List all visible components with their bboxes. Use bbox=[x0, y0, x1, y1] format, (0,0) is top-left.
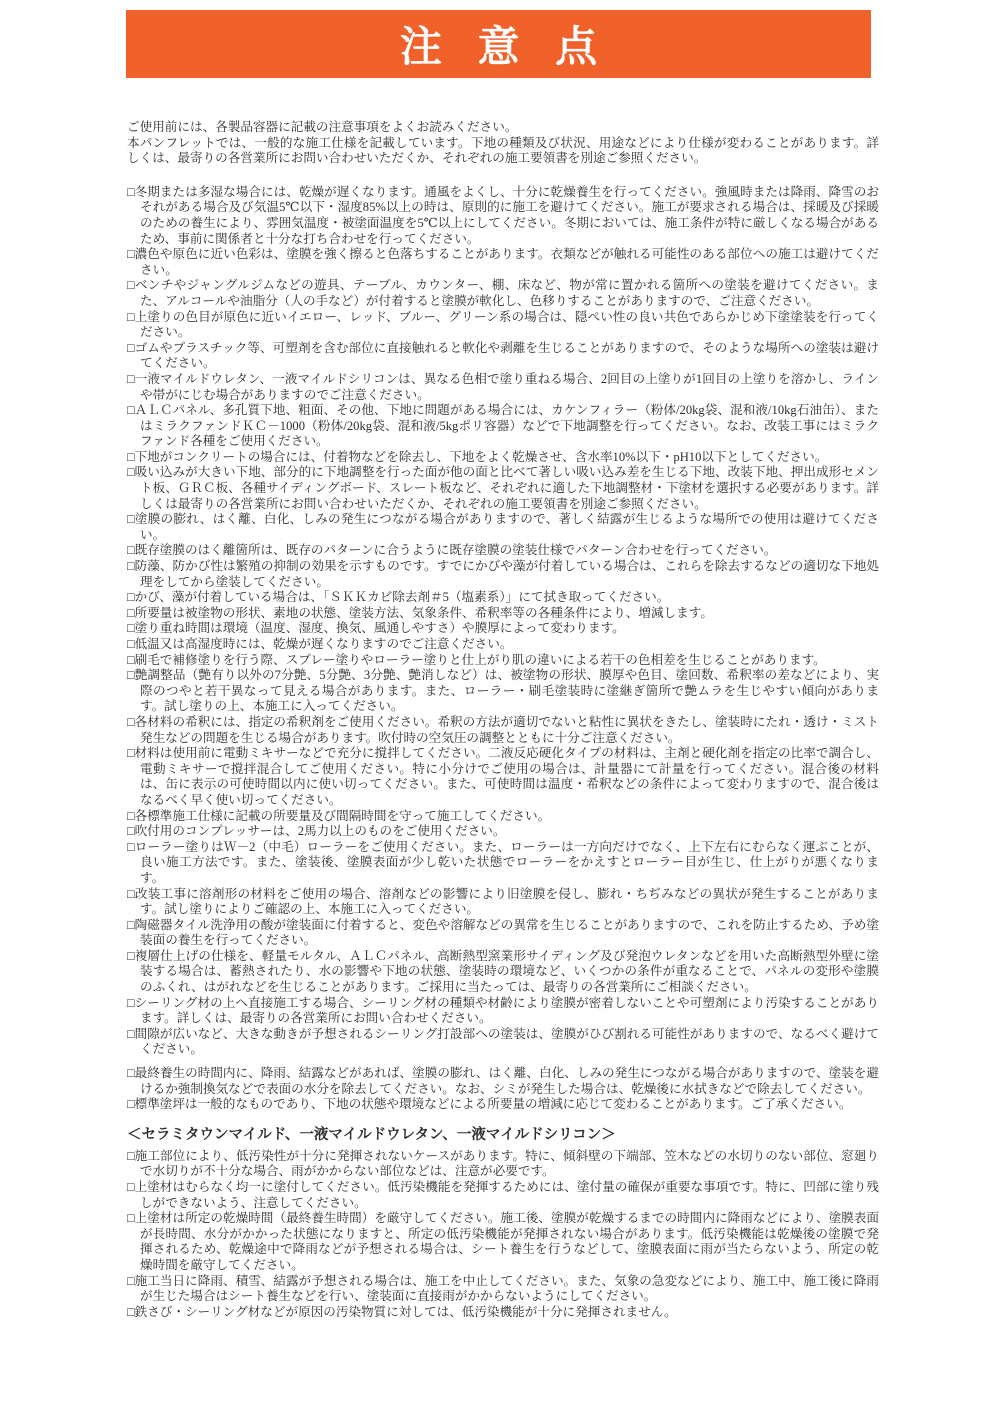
checkbox-bullet-icon: □ bbox=[127, 372, 135, 386]
caution-item-text: 低温又は高湿度時には、乾燥が遅くなりますのでご注意ください。 bbox=[135, 637, 513, 651]
caution-item: □材料は使用前に電動ミキサーなどで充分に撹拌してください。二液反応硬化タイプの材… bbox=[127, 746, 879, 808]
caution-item-text: 塗り重ね時間は環境（温度、湿度、換気、風通しやすさ）や膜厚によって変わります。 bbox=[135, 621, 625, 635]
caution-item: □吸い込みが大きい下地、部分的に下地調整を行った面が他の面と比べて著しい吸い込み… bbox=[127, 465, 879, 512]
checkbox-bullet-icon: □ bbox=[127, 637, 135, 651]
caution-item-text: 濃色や原色に近い色彩は、塗膜を強く擦ると色落ちすることがあります。衣類などが触れ… bbox=[135, 247, 879, 277]
caution-item-text: 各標準施工仕様に記載の所要量及び間隔時間を守って施工してください。 bbox=[135, 809, 551, 823]
checkbox-bullet-icon: □ bbox=[127, 247, 135, 261]
checkbox-bullet-icon: □ bbox=[127, 185, 135, 199]
caution-item: □塗膜の膨れ、はく離、白化、しみの発生につながる場合がありますので、著しく結露が… bbox=[127, 512, 879, 543]
section-heading: ＜セラミタウンマイルド、一液マイルドウレタン、一液マイルドシリコン＞ bbox=[127, 1125, 879, 1146]
checkbox-bullet-icon: □ bbox=[127, 653, 135, 667]
caution-item-text: 既存塗膜のはく離箇所は、既存のパターンに合うように既存塗膜の塗装仕様でパターン合… bbox=[135, 543, 777, 557]
caution-item-text: 材料は使用前に電動ミキサーなどで充分に撹拌してください。二液反応硬化タイプの材料… bbox=[135, 746, 879, 807]
caution-item-text: 冬期または多湿な場合には、乾燥が遅くなります。通風をよくし、十分に乾燥養生を行っ… bbox=[135, 185, 879, 246]
caution-item: □ＡＬＣパネル、多孔質下地、粗面、その他、下地に問題がある場合には、カケンフィラ… bbox=[127, 403, 879, 450]
caution-item: □下地がコンクリートの場合には、付着物などを除去し、下地をよく乾燥させ、含水率1… bbox=[127, 450, 879, 466]
caution-item: □各標準施工仕様に記載の所要量及び間隔時間を守って施工してください。 bbox=[127, 809, 879, 825]
caution-item: □艶調整品（艶有り以外の7分艶、5分艶、3分艶、艶消しなど）は、被塗物の形状、膜… bbox=[127, 668, 879, 715]
caution-item-text: 一液マイルドウレタン、一液マイルドシリコンは、異なる色相で塗り重ねる場合、2回目… bbox=[135, 372, 879, 402]
checkbox-bullet-icon: □ bbox=[127, 278, 135, 292]
caution-item-text: 吸い込みが大きい下地、部分的に下地調整を行った面が他の面と比べて著しい吸い込み差… bbox=[135, 465, 879, 510]
caution-item-text: ゴムやプラスチック等、可塑剤を含む部位に直接触れると軟化や剥離を生じることがあり… bbox=[135, 341, 879, 371]
caution-item-text: シーリング材の上へ直接施工する場合、シーリング材の種類や材齢により塗膜が密着しな… bbox=[135, 996, 879, 1026]
checkbox-bullet-icon: □ bbox=[127, 949, 135, 963]
caution-list-main: □冬期または多湿な場合には、乾燥が遅くなります。通風をよくし、十分に乾燥養生を行… bbox=[127, 185, 879, 1058]
checkbox-bullet-icon: □ bbox=[127, 824, 135, 838]
caution-item: □上塗材はむらなく均一に塗付してください。低汚染機能を発揮するためには、塗付量の… bbox=[127, 1180, 879, 1211]
caution-item-text: 陶磁器タイル洗浄用の酸が塗装面に付着すると、変色や溶解などの異常を生じることがあ… bbox=[135, 918, 879, 948]
caution-item-text: 標準塗坪は一般的なものであり、下地の状態や環境などによる所要量の増減に応じて変わ… bbox=[135, 1097, 852, 1111]
product-specific-section: ＜セラミタウンマイルド、一液マイルドウレタン、一液マイルドシリコン＞ □施工部位… bbox=[127, 1125, 879, 1321]
caution-item: □間隙が広いなど、大きな動きが予想されるシーリング打設部への塗装は、塗膜がひび割… bbox=[127, 1027, 879, 1058]
checkbox-bullet-icon: □ bbox=[127, 1149, 135, 1163]
caution-item: □かび、藻が付着している場合は、「ＳＫＫカビ除去剤＃5（塩素系）」にて拭き取って… bbox=[127, 590, 879, 606]
caution-item-text: ＡＬＣパネル、多孔質下地、粗面、その他、下地に問題がある場合には、カケンフィラー… bbox=[135, 403, 879, 448]
caution-item: □一液マイルドウレタン、一液マイルドシリコンは、異なる色相で塗り重ねる場合、2回… bbox=[127, 372, 879, 403]
caution-item: □ゴムやプラスチック等、可塑剤を含む部位に直接触れると軟化や剥離を生じることがあ… bbox=[127, 341, 879, 372]
caution-item: □施工当日に降雨、積雪、結露が予想される場合は、施工を中止してください。また、気… bbox=[127, 1274, 879, 1305]
caution-item-text: 間隙が広いなど、大きな動きが予想されるシーリング打設部への塗装は、塗膜がひび割れ… bbox=[135, 1027, 879, 1057]
checkbox-bullet-icon: □ bbox=[127, 840, 135, 854]
caution-item: □上塗りの色目が原色に近いイエロー、レッド、ブルー、グリーン系の場合は、隠ぺい性… bbox=[127, 310, 879, 341]
caution-list-final: □最終養生の時間内に、降雨、結露などがあれば、塗膜の膨れ、はく離、白化、しみの発… bbox=[127, 1066, 879, 1113]
caution-item-text: 塗膜の膨れ、はく離、白化、しみの発生につながる場合がありますので、著しく結露が生… bbox=[135, 512, 879, 542]
checkbox-bullet-icon: □ bbox=[127, 465, 135, 479]
checkbox-bullet-icon: □ bbox=[127, 621, 135, 635]
caution-item: □陶磁器タイル洗浄用の酸が塗装面に付着すると、変色や溶解などの異常を生じることが… bbox=[127, 918, 879, 949]
checkbox-bullet-icon: □ bbox=[127, 450, 135, 464]
caution-item-text: 上塗りの色目が原色に近いイエロー、レッド、ブルー、グリーン系の場合は、隠ぺい性の… bbox=[135, 310, 879, 340]
caution-item: □鉄さび・シーリング材などが原因の汚染物質に対しては、低汚染機能が十分に発揮され… bbox=[127, 1305, 879, 1321]
caution-item: □所要量は被塗物の形状、素地の状態、塗装方法、気象条件、希釈率等の各種条件により… bbox=[127, 606, 879, 622]
checkbox-bullet-icon: □ bbox=[127, 996, 135, 1010]
caution-item-text: 下地がコンクリートの場合には、付着物などを除去し、下地をよく乾燥させ、含水率10… bbox=[135, 450, 828, 464]
caution-item-text: 最終養生の時間内に、降雨、結露などがあれば、塗膜の膨れ、はく離、白化、しみの発生… bbox=[135, 1066, 879, 1096]
checkbox-bullet-icon: □ bbox=[127, 1066, 135, 1080]
checkbox-bullet-icon: □ bbox=[127, 559, 135, 573]
checkbox-bullet-icon: □ bbox=[127, 1211, 135, 1225]
checkbox-bullet-icon: □ bbox=[127, 1097, 135, 1111]
page-title-banner: 注 意 点 bbox=[126, 10, 871, 78]
caution-item: □各材料の希釈には、指定の希釈剤をご使用ください。希釈の方法が適切でないと粘性に… bbox=[127, 715, 879, 746]
checkbox-bullet-icon: □ bbox=[127, 310, 135, 324]
caution-item-text: 上塗材はむらなく均一に塗付してください。低汚染機能を発揮するためには、塗付量の確… bbox=[135, 1180, 879, 1210]
caution-item-text: 施工部位により、低汚染性が十分に発揮されないケースがあります。特に、傾斜壁の下端… bbox=[135, 1149, 879, 1179]
checkbox-bullet-icon: □ bbox=[127, 887, 135, 901]
checkbox-bullet-icon: □ bbox=[127, 918, 135, 932]
checkbox-bullet-icon: □ bbox=[127, 668, 135, 682]
caution-item: □施工部位により、低汚染性が十分に発揮されないケースがあります。特に、傾斜壁の下… bbox=[127, 1149, 879, 1180]
caution-item-text: 刷毛で補修塗りを行う際、スプレー塗りやローラー塗りと仕上がり肌の違いによる若干の… bbox=[135, 653, 826, 667]
caution-item: □最終養生の時間内に、降雨、結露などがあれば、塗膜の膨れ、はく離、白化、しみの発… bbox=[127, 1066, 879, 1097]
caution-item-text: 施工当日に降雨、積雪、結露が予想される場合は、施工を中止してください。また、気象… bbox=[135, 1274, 879, 1304]
document-body: ご使用前には、各製品容器に記載の注意事項をよくお読みください。 本パンフレットで… bbox=[127, 120, 879, 1320]
caution-item-text: 複層仕上げの仕様を、軽量モルタル、ＡＬＣパネル、高断熱型窯業形サイディング及び発… bbox=[135, 949, 879, 994]
caution-item-text: 改装工事に溶剤形の材料をご使用の場合、溶剤などの影響により旧塗膜を侵し、膨れ・ち… bbox=[135, 887, 879, 917]
caution-item: □シーリング材の上へ直接施工する場合、シーリング材の種類や材齢により塗膜が密着し… bbox=[127, 996, 879, 1027]
caution-item-text: 所要量は被塗物の形状、素地の状態、塗装方法、気象条件、希釈率等の各種条件により、… bbox=[135, 606, 713, 620]
checkbox-bullet-icon: □ bbox=[127, 1305, 135, 1319]
intro-section: ご使用前には、各製品容器に記載の注意事項をよくお読みください。 本パンフレットで… bbox=[127, 120, 879, 167]
checkbox-bullet-icon: □ bbox=[127, 403, 135, 417]
checkbox-bullet-icon: □ bbox=[127, 809, 135, 823]
caution-item: □防藻、防かび性は繁殖の抑制の効果を示すものです。すでにかびや藻が付着している場… bbox=[127, 559, 879, 590]
caution-item-text: 吹付用のコンプレッサーは、2馬力以上のものをご使用ください。 bbox=[135, 824, 506, 838]
page-title: 注 意 点 bbox=[388, 14, 609, 74]
caution-item: □刷毛で補修塗りを行う際、スプレー塗りやローラー塗りと仕上がり肌の違いによる若干… bbox=[127, 653, 879, 669]
caution-item-text: 鉄さび・シーリング材などが原因の汚染物質に対しては、低汚染機能が十分に発揮されま… bbox=[135, 1305, 677, 1319]
caution-item: □塗り重ね時間は環境（温度、湿度、換気、風通しやすさ）や膜厚によって変わります。 bbox=[127, 621, 879, 637]
checkbox-bullet-icon: □ bbox=[127, 1027, 135, 1041]
caution-item-text: 艶調整品（艶有り以外の7分艶、5分艶、3分艶、艶消しなど）は、被塗物の形状、膜厚… bbox=[135, 668, 879, 713]
caution-item-text: ローラー塗りはＷ－2（中毛）ローラーをご使用ください。また、ローラーは一方向だけ… bbox=[135, 840, 879, 885]
caution-item: □濃色や原色に近い色彩は、塗膜を強く擦ると色落ちすることがあります。衣類などが触… bbox=[127, 247, 879, 278]
checkbox-bullet-icon: □ bbox=[127, 341, 135, 355]
checkbox-bullet-icon: □ bbox=[127, 512, 135, 526]
caution-item: □標準塗坪は一般的なものであり、下地の状態や環境などによる所要量の増減に応じて変… bbox=[127, 1097, 879, 1113]
caution-item: □上塗材は所定の乾燥時間（最終養生時間）を厳守してください。施工後、塗膜が乾燥す… bbox=[127, 1211, 879, 1273]
checkbox-bullet-icon: □ bbox=[127, 715, 135, 729]
caution-item: □改装工事に溶剤形の材料をご使用の場合、溶剤などの影響により旧塗膜を侵し、膨れ・… bbox=[127, 887, 879, 918]
checkbox-bullet-icon: □ bbox=[127, 746, 135, 760]
caution-item: □ローラー塗りはＷ－2（中毛）ローラーをご使用ください。また、ローラーは一方向だ… bbox=[127, 840, 879, 887]
checkbox-bullet-icon: □ bbox=[127, 590, 135, 604]
caution-item-text: 防藻、防かび性は繁殖の抑制の効果を示すものです。すでにかびや藻が付着している場合… bbox=[135, 559, 879, 589]
checkbox-bullet-icon: □ bbox=[127, 1274, 135, 1288]
caution-item-text: 上塗材は所定の乾燥時間（最終養生時間）を厳守してください。施工後、塗膜が乾燥する… bbox=[135, 1211, 879, 1272]
caution-item: □複層仕上げの仕様を、軽量モルタル、ＡＬＣパネル、高断熱型窯業形サイディング及び… bbox=[127, 949, 879, 996]
checkbox-bullet-icon: □ bbox=[127, 1180, 135, 1194]
caution-item: □吹付用のコンプレッサーは、2馬力以上のものをご使用ください。 bbox=[127, 824, 879, 840]
intro-paragraph: ご使用前には、各製品容器に記載の注意事項をよくお読みください。 bbox=[127, 120, 879, 136]
caution-item: □ベンチやジャングルジムなどの遊具、テーブル、カウンター、棚、床など、物が常に置… bbox=[127, 278, 879, 309]
caution-item-text: 各材料の希釈には、指定の希釈剤をご使用ください。希釈の方法が適切でないと粘性に異… bbox=[135, 715, 879, 745]
caution-item-text: ベンチやジャングルジムなどの遊具、テーブル、カウンター、棚、床など、物が常に置か… bbox=[135, 278, 879, 308]
caution-list-products: □施工部位により、低汚染性が十分に発揮されないケースがあります。特に、傾斜壁の下… bbox=[127, 1149, 879, 1321]
caution-item-text: かび、藻が付着している場合は、「ＳＫＫカビ除去剤＃5（塩素系）」にて拭き取ってく… bbox=[135, 590, 670, 604]
intro-paragraph: 本パンフレットでは、一般的な施工仕様を記載しています。下地の種類及び状況、用途な… bbox=[127, 136, 879, 167]
caution-item: □低温又は高湿度時には、乾燥が遅くなりますのでご注意ください。 bbox=[127, 637, 879, 653]
caution-item: □冬期または多湿な場合には、乾燥が遅くなります。通風をよくし、十分に乾燥養生を行… bbox=[127, 185, 879, 247]
checkbox-bullet-icon: □ bbox=[127, 543, 135, 557]
checkbox-bullet-icon: □ bbox=[127, 606, 135, 620]
caution-item: □既存塗膜のはく離箇所は、既存のパターンに合うように既存塗膜の塗装仕様でパターン… bbox=[127, 543, 879, 559]
